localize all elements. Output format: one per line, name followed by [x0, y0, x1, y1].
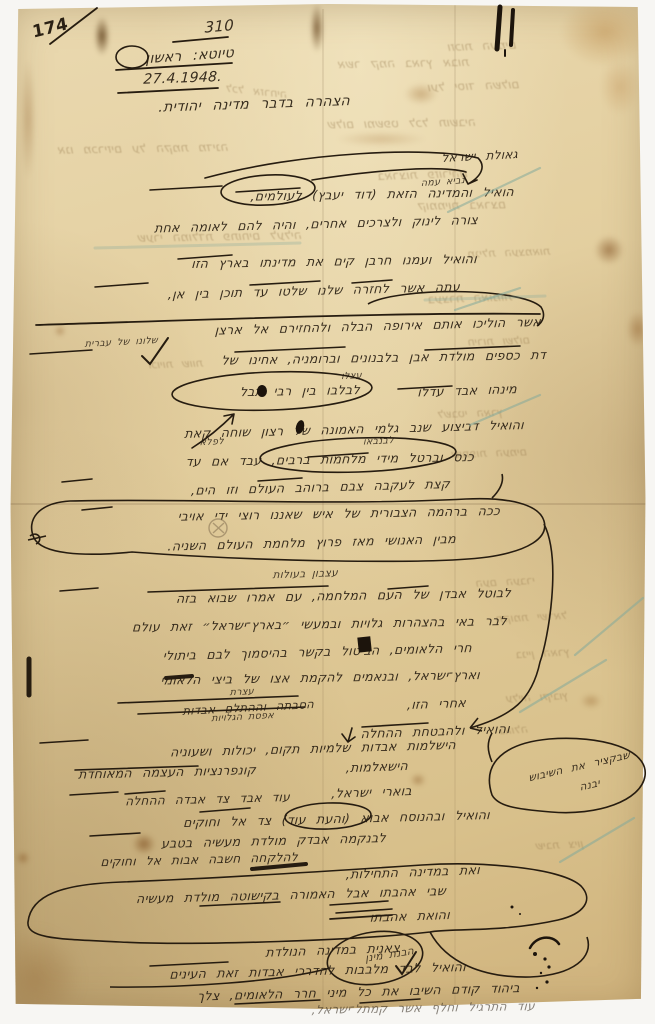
handwritten-insert: עצרת — [212, 687, 254, 699]
paper-stain — [20, 59, 36, 179]
handwritten-line: לבלבו בין רבי תבל — [188, 384, 361, 400]
handwritten-insert: לפלא — [186, 437, 224, 449]
handwritten-line: אחרי הזו, — [388, 697, 467, 712]
ink-stain — [94, 16, 110, 56]
handwritten-insert: עצלו — [322, 371, 362, 383]
fold-line-horizontal — [8, 503, 648, 505]
catalog-number: 310 — [186, 18, 234, 37]
date: .27.4.1948 — [122, 70, 223, 88]
handwritten-insert: לבנבאו — [342, 436, 394, 448]
scan-background: וזכות העמים אשר קמה בארץ אבות ועל יסוד ה… — [0, 0, 655, 1024]
ink-stain — [310, 3, 324, 53]
paper-stain — [626, 311, 650, 347]
paper-stain — [410, 773, 426, 787]
